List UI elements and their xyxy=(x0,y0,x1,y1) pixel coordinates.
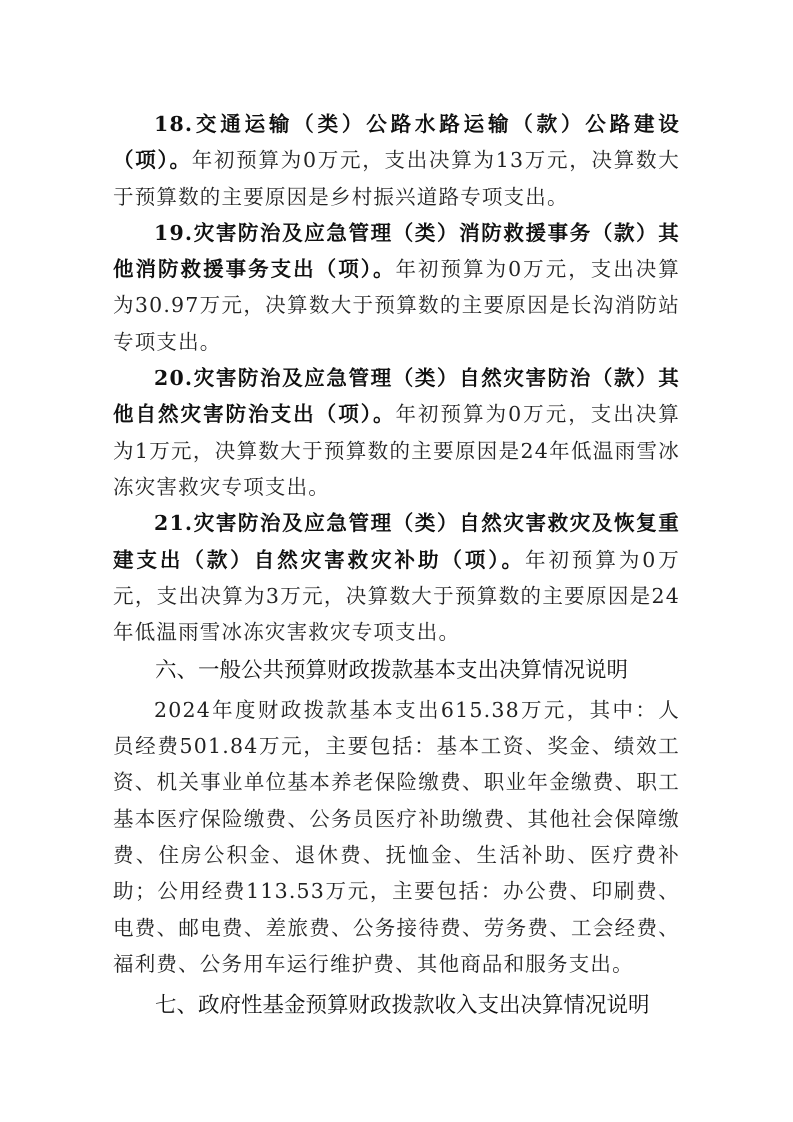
item-18-text: 年初预算为0万元，支出决算为13万元，决算数大于预算数的主要原因是乡村振兴道路专… xyxy=(113,148,680,208)
section-7-heading: 七、政府性基金预算财政拨款收入支出决算情况说明 xyxy=(113,988,680,1024)
item-20-paragraph: 20.灾害防治及应急管理（类）自然灾害防治（款）其他自然灾害防治支出（项）。年初… xyxy=(113,360,680,505)
document-content: 18.交通运输（类）公路水路运输（款）公路建设（项）。年初预算为0万元，支出决算… xyxy=(113,106,680,1026)
item-21-number: 21. xyxy=(154,511,193,535)
item-19-paragraph: 19.灾害防治及应急管理（类）消防救援事务（款）其他消防救援事务支出（项）。年初… xyxy=(113,215,680,360)
section-6-body: 2024年度财政拨款基本支出615.38万元，其中：人员经费501.84万元，主… xyxy=(113,692,680,982)
item-19-number: 19. xyxy=(154,221,193,245)
item-20-number: 20. xyxy=(154,366,193,390)
item-21-paragraph: 21.灾害防治及应急管理（类）自然灾害救灾及恢复重建支出（款）自然灾害救灾补助（… xyxy=(113,505,680,650)
item-18-number: 18. xyxy=(154,112,193,136)
document-page: 18.交通运输（类）公路水路运输（款）公路建设（项）。年初预算为0万元，支出决算… xyxy=(0,0,793,1122)
section-6-heading: 六、一般公共预算财政拨款基本支出决算情况说明 xyxy=(113,653,680,689)
item-18-paragraph: 18.交通运输（类）公路水路运输（款）公路建设（项）。年初预算为0万元，支出决算… xyxy=(113,106,680,215)
